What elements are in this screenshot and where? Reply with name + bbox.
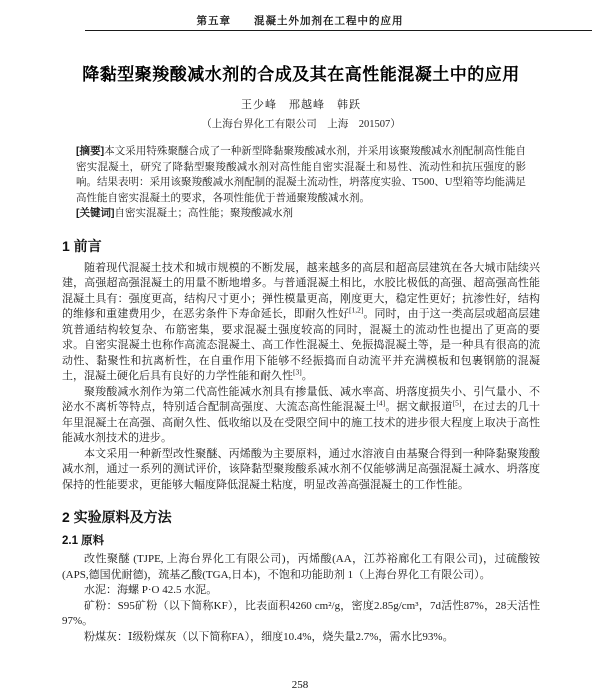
materials-paragraph-cement: 水泥：海螺 P·O 42.5 水泥。 xyxy=(62,583,540,599)
section2-1-heading: 2.1 原料 xyxy=(62,532,540,548)
section1-paragraph-2: 聚羧酸减水剂作为第二代高性能减水剂具有掺量低、减水率高、坍落度损失小、引气量小、… xyxy=(62,385,540,447)
page-number: 258 xyxy=(0,679,600,689)
materials-paragraph-1: 改性聚醚 (TJPE, 上海台界化工有限公司)，丙烯酸(AA，江苏裕廊化工有限公… xyxy=(62,552,540,583)
keywords-line: [关键词]自密实混凝土；高性能；聚羧酸减水剂 xyxy=(76,206,526,222)
affiliation: （上海台界化工有限公司 上海 201507） xyxy=(62,116,540,131)
materials-paragraph-flyash: 粉煤灰：Ⅰ级粉煤灰（以下简称FA），细度10.4%，烧失量2.7%，需水比93%… xyxy=(62,630,540,646)
abstract-paragraph: [摘要]本文采用特殊聚醚合成了一种新型降黏聚羧酸减水剂，并采用该聚羧酸减水剂配制… xyxy=(76,144,526,206)
abstract-text: 本文采用特殊聚醚合成了一种新型降黏聚羧酸减水剂，并采用该聚羧酸减水剂配制高性能自… xyxy=(76,146,526,204)
materials-paragraph-slag: 矿粉：S95矿粉（以下简称KF），比表面积4260 cm²/g，密度2.85g/… xyxy=(62,599,540,630)
section1-paragraph-3: 本文采用一种新型改性聚醚、丙烯酸为主要原料，通过水溶液自由基聚合得到一种降黏聚羧… xyxy=(62,447,540,494)
document-page: 第五章 混凝土外加剂在工程中的应用 降黏型聚羧酸减水剂的合成及其在高性能混凝土中… xyxy=(0,0,600,689)
keywords-text: 自密实混凝土；高性能；聚羧酸减水剂 xyxy=(115,208,294,219)
keywords-label: [关键词] xyxy=(76,207,115,219)
page-content: 降黏型聚羧酸减水剂的合成及其在高性能混凝土中的应用 王少峰 邢越峰 韩跃 （上海… xyxy=(62,34,540,645)
abstract-block: [摘要]本文采用特殊聚醚合成了一种新型降黏聚羧酸减水剂，并采用该聚羧酸减水剂配制… xyxy=(76,144,526,222)
authors: 王少峰 邢越峰 韩跃 xyxy=(62,96,540,112)
section1-paragraph-1: 随着现代混凝土技术和城市规模的不断发展，越来越多的高层和超高层建筑在各大城市陆续… xyxy=(62,261,540,385)
running-head: 第五章 混凝土外加剂在工程中的应用 xyxy=(0,13,600,28)
section1-heading: 1 前言 xyxy=(62,236,540,256)
abstract-label: [摘要] xyxy=(76,145,104,157)
header-rule xyxy=(85,30,592,31)
section2-heading: 2 实验原料及方法 xyxy=(62,507,540,527)
paper-title: 降黏型聚羧酸减水剂的合成及其在高性能混凝土中的应用 xyxy=(62,60,540,85)
